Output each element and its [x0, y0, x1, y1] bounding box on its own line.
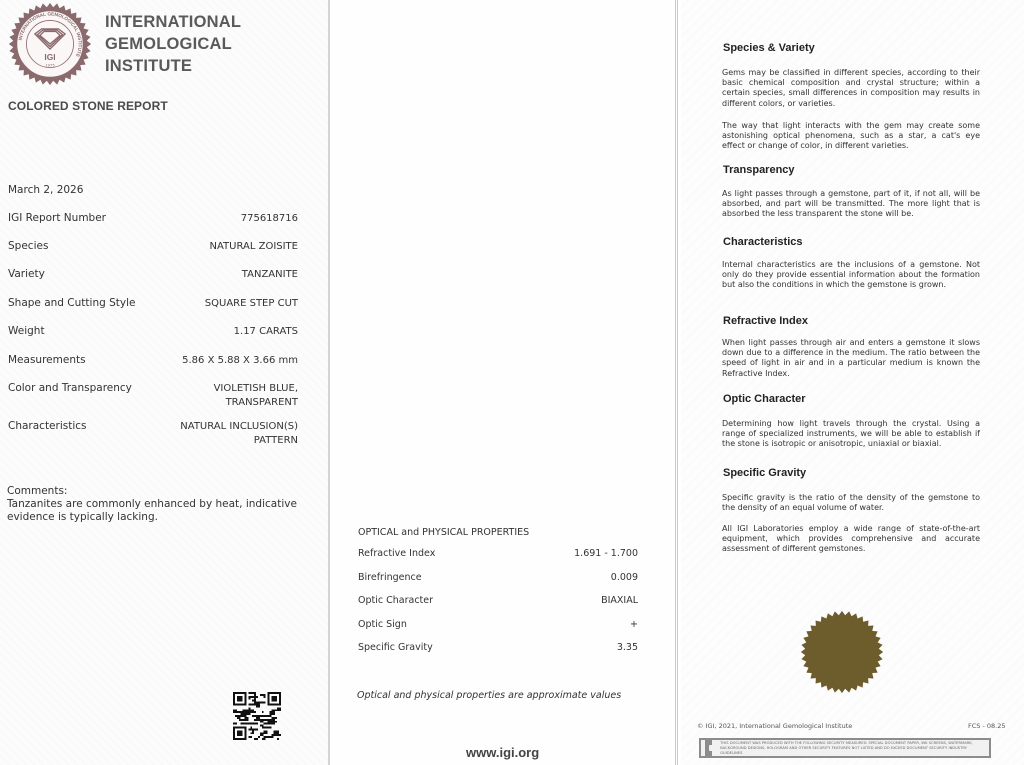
field-value: 5.86 X 5.88 X 3.66 mm: [182, 354, 298, 368]
svg-text:IGI: IGI: [44, 52, 55, 62]
optical-label: Optic Sign: [358, 619, 407, 630]
copyright-text: © IGI, 2021, International Gemological I…: [697, 722, 852, 730]
field-label: Shape and Cutting Style: [8, 297, 135, 309]
optical-label: Optic Character: [358, 595, 433, 606]
field-label: Characteristics: [8, 420, 87, 432]
field-value[interactable]: 775618716: [241, 212, 298, 226]
institute-name: INTERNATIONAL GEMOLOGICAL INSTITUTE: [105, 11, 241, 77]
igi-seal-icon: IGI1975INTERNATIONAL GEMOLOGICAL INSTITU…: [8, 2, 92, 86]
svg-text:1975: 1975: [45, 63, 55, 68]
svg-text:IGI: IGI: [836, 660, 847, 670]
optical-label: Birefringence: [358, 572, 422, 583]
field-label: Weight: [8, 325, 45, 337]
report-date: March 2, 2026: [8, 184, 83, 196]
optical-label: Refractive Index: [358, 548, 435, 559]
section-text: The way that light interacts with the ge…: [722, 121, 980, 152]
section-heading-specific-gravity: Specific Gravity: [723, 467, 806, 479]
optical-label: Specific Gravity: [358, 642, 433, 653]
optical-value: BIAXIAL: [601, 595, 638, 606]
institute-name-line-1: INTERNATIONAL: [105, 11, 241, 33]
website-link[interactable]: www.igi.org: [466, 745, 539, 760]
optical-value: +: [630, 619, 638, 630]
comments-text: Tanzanites are commonly enhanced by heat…: [7, 498, 307, 524]
optical-value: 1.691 - 1.700: [574, 548, 638, 559]
section-text: Determining how light travels through th…: [722, 419, 980, 450]
field-label: Measurements: [8, 354, 86, 366]
section-text: Internal characteristics are the inclusi…: [722, 260, 980, 291]
section-heading-species-variety: Species & Variety: [723, 42, 815, 54]
section-text: Specific gravity is the ratio of the den…: [722, 493, 980, 513]
section-heading-characteristics: Characteristics: [723, 236, 803, 248]
lock-document-icon: [705, 740, 712, 756]
svg-text:1975: 1975: [837, 671, 847, 676]
section-heading-transparency: Transparency: [723, 164, 795, 176]
comments-block: Comments: Tanzanites are commonly enhanc…: [7, 485, 307, 524]
field-value: SQUARE STEP CUT: [205, 297, 298, 311]
field-label: Species: [8, 240, 48, 252]
form-code: FCS - 08.25: [968, 722, 1006, 730]
igi-gold-seal-icon: IGI1975INTERNATIONAL GEMOLOGICAL INSTITU…: [800, 610, 884, 694]
field-label: Variety: [8, 268, 45, 280]
field-value: NATURAL INCLUSION(S) PATTERN: [180, 420, 298, 448]
institute-name-line-3: INSTITUTE: [105, 55, 241, 77]
section-text: Gems may be classified in different spec…: [722, 68, 980, 109]
security-text: THIS DOCUMENT WAS PRODUCED WITH THE FOLL…: [720, 741, 989, 756]
section-heading-refractive-index: Refractive Index: [723, 315, 808, 327]
comments-label: Comments:: [7, 485, 307, 498]
field-value: 1.17 CARATS: [234, 325, 298, 339]
section-text: As light passes through a gemstone, part…: [722, 189, 980, 220]
optical-value: 3.35: [617, 642, 638, 653]
section-heading-optic-character: Optic Character: [723, 393, 806, 405]
section-text: When light passes through air and enters…: [722, 338, 980, 379]
field-value: NATURAL ZOISITE: [209, 240, 298, 254]
security-notice: THIS DOCUMENT WAS PRODUCED WITH THE FOLL…: [699, 738, 991, 758]
field-label: IGI Report Number: [8, 212, 106, 224]
optical-note: Optical and physical properties are appr…: [357, 690, 621, 701]
section-text: All IGI Laboratories employ a wide range…: [722, 524, 980, 555]
institute-name-line-2: GEMOLOGICAL: [105, 33, 241, 55]
report-title: COLORED STONE REPORT: [8, 99, 168, 113]
field-value: TANZANITE: [242, 268, 298, 282]
optical-value: 0.009: [611, 572, 638, 583]
field-value: VIOLETISH BLUE, TRANSPARENT: [214, 382, 298, 410]
qr-code-icon[interactable]: [233, 692, 281, 740]
optical-properties-title: OPTICAL and PHYSICAL PROPERTIES: [358, 527, 529, 538]
field-label: Color and Transparency: [8, 382, 132, 394]
